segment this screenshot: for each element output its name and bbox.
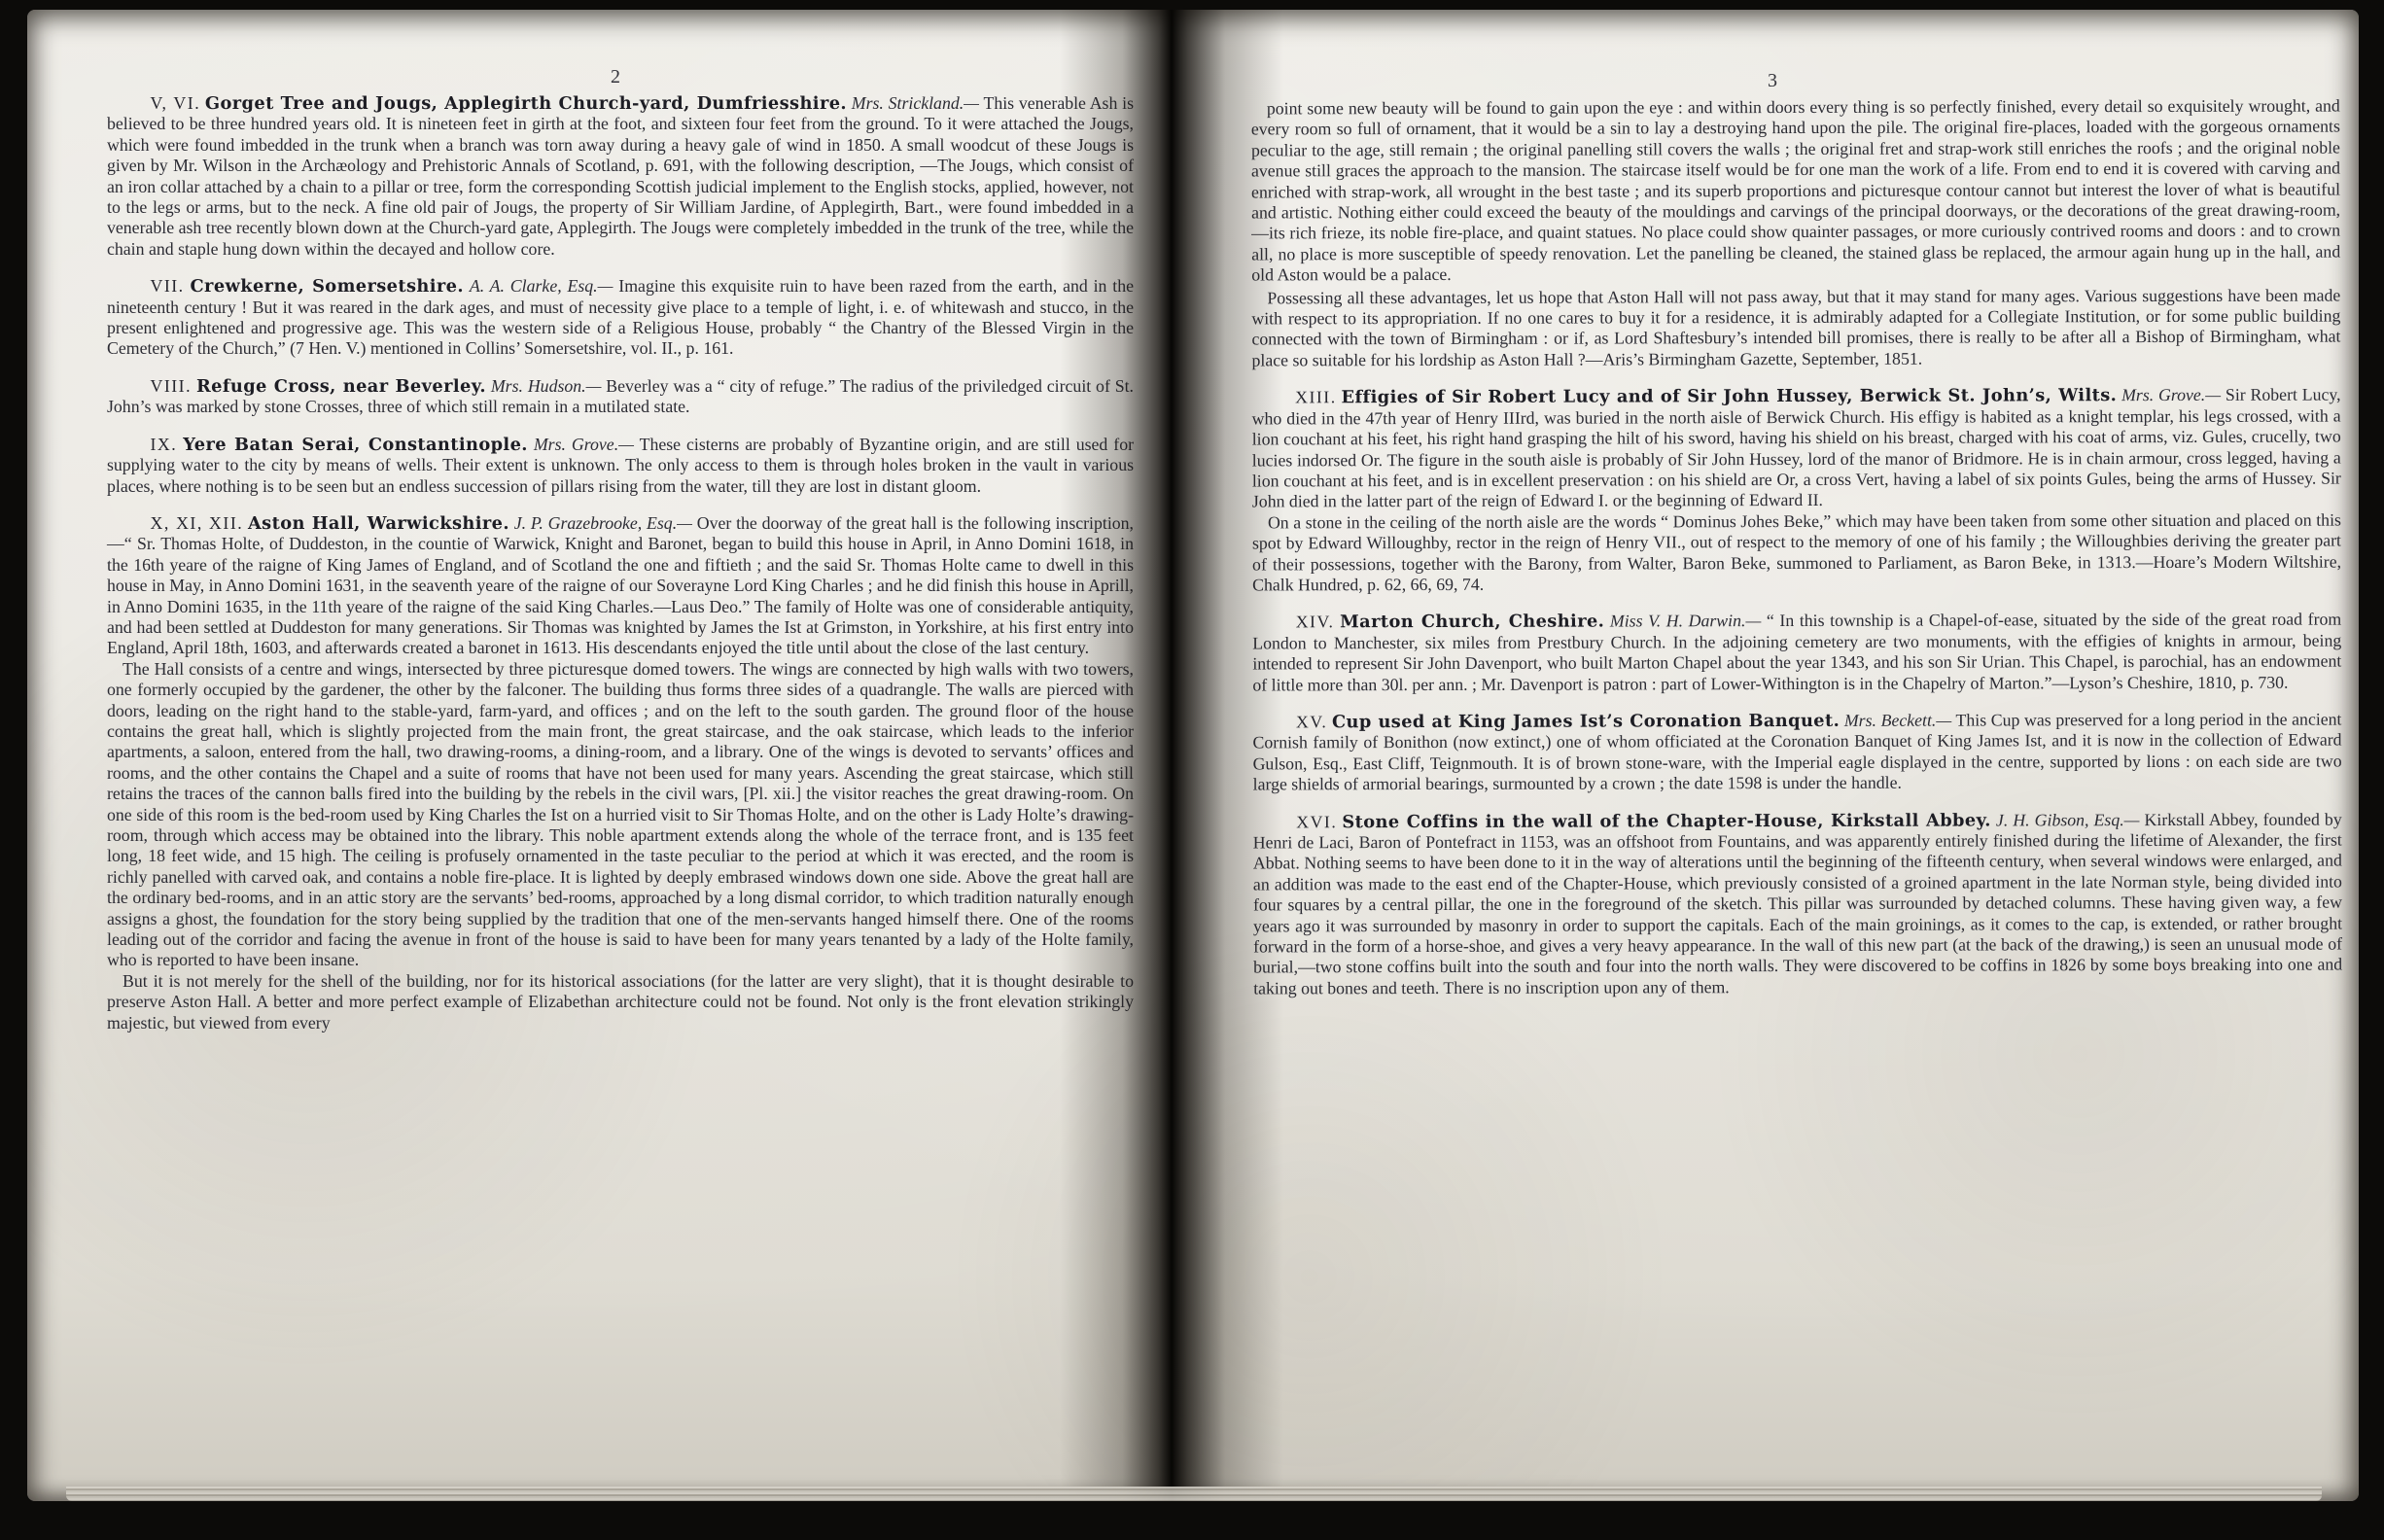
entry-title: Aston Hall, Warwickshire. — [248, 513, 509, 534]
entry-contributor: Mrs. Hudson.— — [491, 376, 602, 396]
entry-xvi: XVI. Stone Coffins in the wall of the Ch… — [1253, 809, 2343, 999]
entry-title: Crewkerne, Somersetshire. — [191, 276, 464, 297]
entry-v-vi: V, VI. Gorget Tree and Jougs, Applegirth… — [107, 93, 1134, 260]
paragraph-text: On a stone in the ceiling of the north a… — [1252, 509, 2341, 594]
left-page-number: 2 — [611, 66, 621, 88]
page-edges — [66, 1487, 2322, 1501]
entry-contributor: A. A. Clarke, Esq.— — [470, 276, 614, 296]
entry-numeral: XIV. — [1296, 612, 1335, 632]
entry-title: Refuge Cross, near Beverley. — [196, 376, 486, 397]
entry-contributor: Mrs. Strickland.— — [852, 93, 979, 113]
entry-contributor: Mrs. Grove.— — [2121, 385, 2221, 404]
book-photo: 2 V, VI. Gorget Tree and Jougs, Applegir… — [0, 0, 2384, 1540]
entry-title: Yere Batan Serai, Constantinople. — [183, 435, 528, 455]
paragraph-aston-hall-future: Possessing all these advantages, let us … — [1251, 285, 2340, 371]
paragraph-text: point some new beauty will be found to g… — [1251, 96, 2340, 285]
entry-title: Stone Coffins in the wall of the Chapter… — [1342, 810, 1991, 832]
entry-xiv: XIV. Marton Church, Cheshire. Miss V. H.… — [1252, 610, 2341, 696]
entry-body: Over the doorway of the great hall is th… — [107, 513, 1134, 657]
entry-ix: IX. Yere Batan Serai, Constantinople. Mr… — [107, 435, 1134, 497]
entry-viii: VIII. Refuge Cross, near Beverley. Mrs. … — [107, 376, 1134, 418]
entry-numeral: VIII. — [151, 376, 193, 396]
right-page-text: point some new beauty will be found to g… — [1251, 96, 2342, 999]
paragraph-aston-hall-interior: point some new beauty will be found to g… — [1251, 96, 2341, 287]
entry-xiii: XIII. Effigies of Sir Robert Lucy and of… — [1252, 385, 2341, 512]
paragraph-aston-hall-description: The Hall consists of a centre and wings,… — [107, 659, 1134, 971]
entry-body: Kirkstall Abbey, founded by Henri de Lac… — [1253, 809, 2342, 997]
entry-body: This venerable Ash is believed to be thr… — [107, 93, 1134, 259]
entry-x-xi-xii: X, XI, XII. Aston Hall, Warwickshire. J.… — [107, 513, 1134, 659]
paragraph-text: But it is not merely for the shell of th… — [107, 971, 1134, 1032]
paragraph-dominus-johes-beke: On a stone in the ceiling of the north a… — [1252, 509, 2341, 596]
book-gutter-shadow — [1060, 10, 1283, 1501]
paragraph-text: Possessing all these advantages, let us … — [1251, 285, 2340, 369]
entry-title: Cup used at King James Ist’s Coronation … — [1332, 711, 1840, 732]
entry-xv: XV. Cup used at King James Ist’s Coronat… — [1252, 710, 2341, 796]
entry-contributor: Miss V. H. Darwin.— — [1610, 611, 1761, 630]
entry-numeral: XVI. — [1296, 812, 1337, 831]
entry-title: Gorget Tree and Jougs, Applegirth Church… — [205, 93, 847, 114]
paragraph-text: The Hall consists of a centre and wings,… — [107, 659, 1134, 970]
entry-title: Effigies of Sir Robert Lucy and of Sir J… — [1341, 385, 2117, 407]
entry-numeral: XV. — [1296, 712, 1327, 731]
entry-contributor: Mrs. Grove.— — [534, 435, 634, 454]
entry-contributor: J. P. Grazebrooke, Esq.— — [514, 513, 692, 533]
right-page-number: 3 — [1768, 70, 1778, 92]
entry-numeral: IX. — [151, 435, 178, 454]
left-page-text: V, VI. Gorget Tree and Jougs, Applegirth… — [107, 93, 1134, 1033]
entry-numeral: X, XI, XII. — [151, 513, 244, 533]
entry-numeral: XIII. — [1295, 388, 1337, 407]
entry-contributor: J. H. Gibson, Esq.— — [1996, 810, 2140, 829]
book-spread: 2 V, VI. Gorget Tree and Jougs, Applegir… — [27, 10, 2359, 1501]
entry-numeral: V, VI. — [151, 93, 201, 113]
paragraph-aston-hall-preserve: But it is not merely for the shell of th… — [107, 971, 1134, 1033]
entry-numeral: VII. — [151, 276, 185, 296]
entry-contributor: Mrs. Beckett.— — [1844, 711, 1951, 730]
entry-title: Marton Church, Cheshire. — [1340, 612, 1604, 633]
entry-vii: VII. Crewkerne, Somersetshire. A. A. Cla… — [107, 276, 1134, 360]
